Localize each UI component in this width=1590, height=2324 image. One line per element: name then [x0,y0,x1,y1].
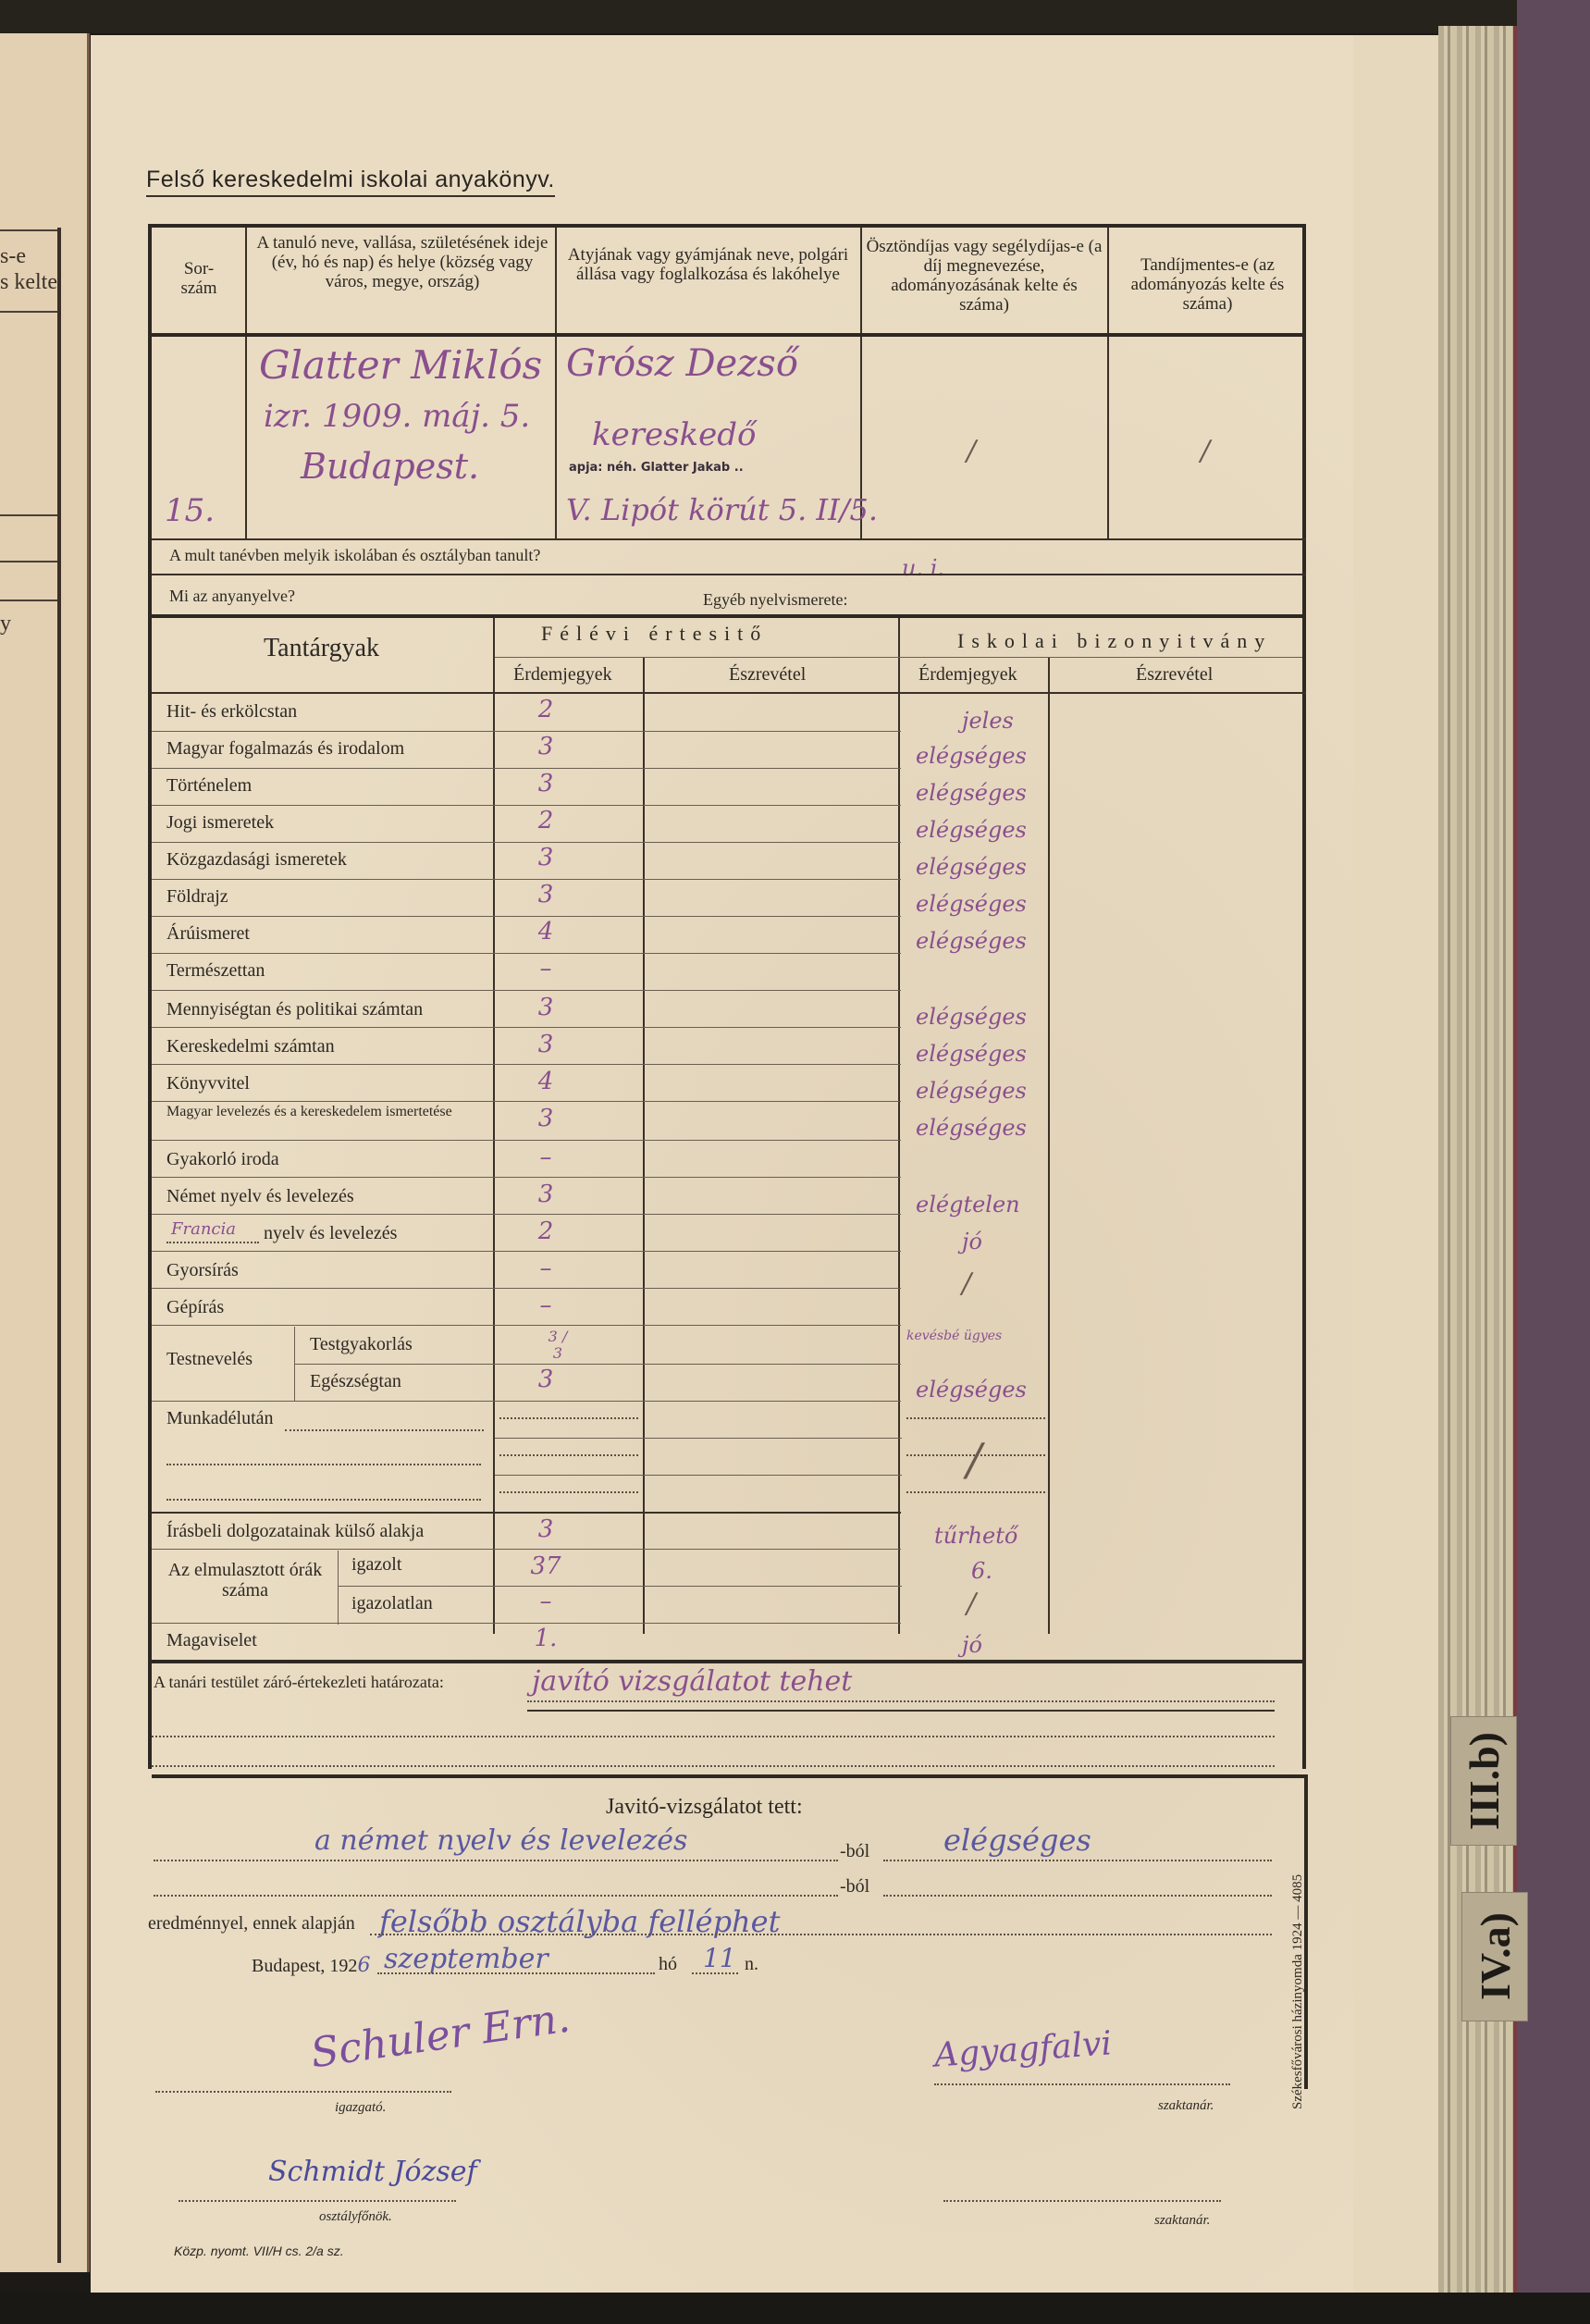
missed-justified-final: 6. [971,1558,992,1584]
col-header-tuition: Tandíjmentes-e (az adományozás kelte és … [1113,255,1302,314]
date-day-suffix: n. [745,1954,758,1975]
pe-sub1-final: kevésbé ügyes [906,1329,1045,1343]
pe-label: Testnevelés [166,1349,253,1370]
subject-label: Jogi ismeretek [166,812,274,834]
pe-sub2-label: Egészségtan [310,1371,401,1392]
final-grade: jó [962,1229,982,1255]
tuition-value: / [1201,435,1210,467]
final-grade: elégséges [916,891,1027,917]
semester-grade: 4 [527,918,564,946]
guardian-name: Grósz Dezső [566,342,798,385]
final-grade: elégtelen [916,1192,1020,1218]
semester-grade: – [527,1292,564,1319]
missed-unjustified-semester: – [527,1588,564,1615]
date-day: 11 [703,1943,736,1973]
form-code: Közp. nyomt. VII/H cs. 2/a sz. [174,2244,344,2258]
semester-grade: – [527,1143,564,1171]
subject-label: Történelem [166,775,252,797]
left-page-fragment: s-e s kelte y [0,33,90,2272]
pe-sub1-semester: 3 / 3 [544,1329,572,1362]
subject-label: Könyvvitel [166,1073,250,1094]
final-grade: / [962,1267,971,1300]
student-name: Glatter Miklós [259,342,542,388]
subject-label: Gyakorló iroda [166,1149,279,1170]
semester-grade: 2 [527,1218,564,1245]
decision-label: A tanári testület záró-értekezleti határ… [154,1673,444,1692]
semester-grade: 2 [527,807,564,834]
certificate-header: Iskolai bizonyitvány [957,629,1272,653]
semester-grade: 3 [527,844,564,871]
final-grade: elégséges [916,1078,1027,1104]
final-grade: elégséges [916,780,1027,806]
student-serial: 15. [165,492,215,529]
subject-label: Kereskedelmi számtan [166,1036,335,1057]
final-grade: elégséges [916,743,1027,769]
date-place: Budapest, 1926 [252,1954,370,1977]
semester-grade: 3 [527,881,564,909]
book-cover-top [0,0,1590,33]
guardian-note: apja: néh. Glatter Jakab .. [569,461,744,475]
tab-III-b[interactable]: III.b) [1450,1716,1517,1846]
col-header-guardian: Atyjának vagy gyámjának neve, polgári ál… [562,245,854,284]
teacher2-label: szaktanár. [1154,2213,1210,2229]
guardian-address: V. Lipót körút 5. II/5. [566,492,878,527]
prev-school-value: u. i. [902,555,944,581]
guardian-occupation: kereskedő [592,416,757,453]
subject-label: nyelv és levelezés [264,1223,397,1244]
teacher1-label: szaktanár. [1158,2098,1214,2114]
date-month: szeptember [384,1943,548,1975]
semester-grade: 4 [527,1068,564,1095]
class-teacher-signature: Schmidt József [268,2156,477,2188]
foreign-language-name: Francia [171,1219,236,1239]
makeup-subject: a német nyelv és levelezés [314,1824,687,1857]
final-grade: elégséges [916,1115,1027,1141]
col-header-scholarship: Ösztöndíjas vagy segélydíjas-e (a díj me… [866,237,1103,315]
mother-tongue-label: Mi az anyanyelve? [169,587,295,606]
subject-label: Gépírás [166,1297,224,1318]
conduct-final: jó [962,1632,982,1658]
semester-header: Félévi értesitő [541,622,768,646]
prev-school-label: A mult tanévben melyik iskolában és oszt… [169,546,540,565]
written-form-final: tűrhető [934,1523,1017,1549]
col-header-student: A tanuló neve, vallása, születésének ide… [254,233,550,291]
subject-label: Árúismeret [166,923,250,945]
page-margin [1353,35,1438,2293]
missed-hours-label: Az elmulasztott órák száma [162,1560,328,1601]
semester-grade: 3 [527,994,564,1021]
semester-grade: – [527,955,564,983]
subject-label: Természettan [166,960,265,982]
makeup-result: elégséges [943,1823,1091,1858]
semester-grade: – [527,1255,564,1282]
missed-justified-semester: 37 [527,1552,564,1580]
semester-grade: 3 [527,770,564,797]
subject-label: Gyorsírás [166,1260,239,1281]
written-form-semester: 3 [527,1515,564,1543]
semester-remark-col: Észrevétel [729,664,806,686]
final-grade: elégséges [916,1041,1027,1067]
scholarship-value: / [967,435,976,467]
pe-sub1-label: Testgyakorlás [310,1334,413,1355]
student-birth: izr. 1909. máj. 5. [264,398,530,435]
pe-sub2-semester: 3 [527,1366,564,1393]
semester-grade-col: Érdemjegyek [513,664,612,686]
makeup-suffix-2: -ból [840,1876,869,1898]
subject-label: Hit- és erkölcstan [166,701,297,723]
final-grade: jeles [962,708,1014,734]
semester-grade: 3 [527,733,564,760]
subjects-header: Tantárgyak [264,634,379,663]
semester-grade: 2 [527,696,564,723]
subject-label: Magyar fogalmazás és irodalom [166,738,404,760]
semester-grade: 3 [527,1105,564,1132]
makeup-exam-heading: Javitó-vizsgálatot tett: [606,1795,803,1820]
certificate-grade-col: Érdemjegyek [918,664,1017,686]
date-month-label: hó [659,1954,677,1975]
missed-unjustified-label: igazolatlan [351,1593,433,1614]
printer-imprint: Székesfővárosi házinyomda 1924 — 4085 [1290,1874,1306,2109]
work-afternoon-label: Munkadélután [166,1408,274,1429]
tab-IV-a[interactable]: IV.a) [1461,1892,1528,2021]
result-label: eredménnyel, ennek alapján [148,1913,355,1935]
other-languages-label: Egyéb nyelvismerete: [703,590,847,610]
final-grade: elégséges [916,817,1027,843]
subject-label: Német nyelv és levelezés [166,1186,354,1207]
certificate-remark-col: Észrevétel [1136,664,1213,686]
class-teacher-label: osztályfőnök. [319,2209,392,2225]
scanned-ledger: s-e s kelte y III.b) IV.a) Felső kereske… [0,0,1590,2324]
book-cover-bottom [0,2293,1590,2324]
conduct-label: Magaviselet [166,1630,257,1651]
missed-unjustified-final: / [967,1588,976,1620]
pe-sub2-final: elégséges [916,1377,1027,1403]
subject-label: Földrajz [166,886,228,908]
final-grade: elégséges [916,854,1027,880]
work-afternoon-final: / [967,1434,981,1486]
semester-grade: 3 [527,1031,564,1058]
semester-grade: 3 [527,1181,564,1208]
decision-value: javító vizsgálatot tehet [532,1665,852,1698]
col-header-serial: Sor- szám [162,259,236,298]
final-grade: elégséges [916,1004,1027,1030]
director-label: igazgató. [335,2100,386,2116]
subject-label: Közgazdasági ismeretek [166,849,347,871]
subject-label: Magyar levelezés és a kereskedelem ismer… [166,1104,481,1119]
page-title: Felső kereskedelmi iskolai anyakönyv. [146,167,555,197]
conduct-semester: 1. [527,1625,564,1652]
missed-justified-label: igazolt [351,1554,401,1576]
subject-label: Mennyiségtan és politikai számtan [166,999,423,1020]
student-birthplace: Budapest. [301,446,479,487]
written-form-label: Írásbeli dolgozatainak külső alakja [166,1521,424,1542]
makeup-suffix-1: -ból [840,1841,869,1862]
final-grade: elégséges [916,928,1027,954]
